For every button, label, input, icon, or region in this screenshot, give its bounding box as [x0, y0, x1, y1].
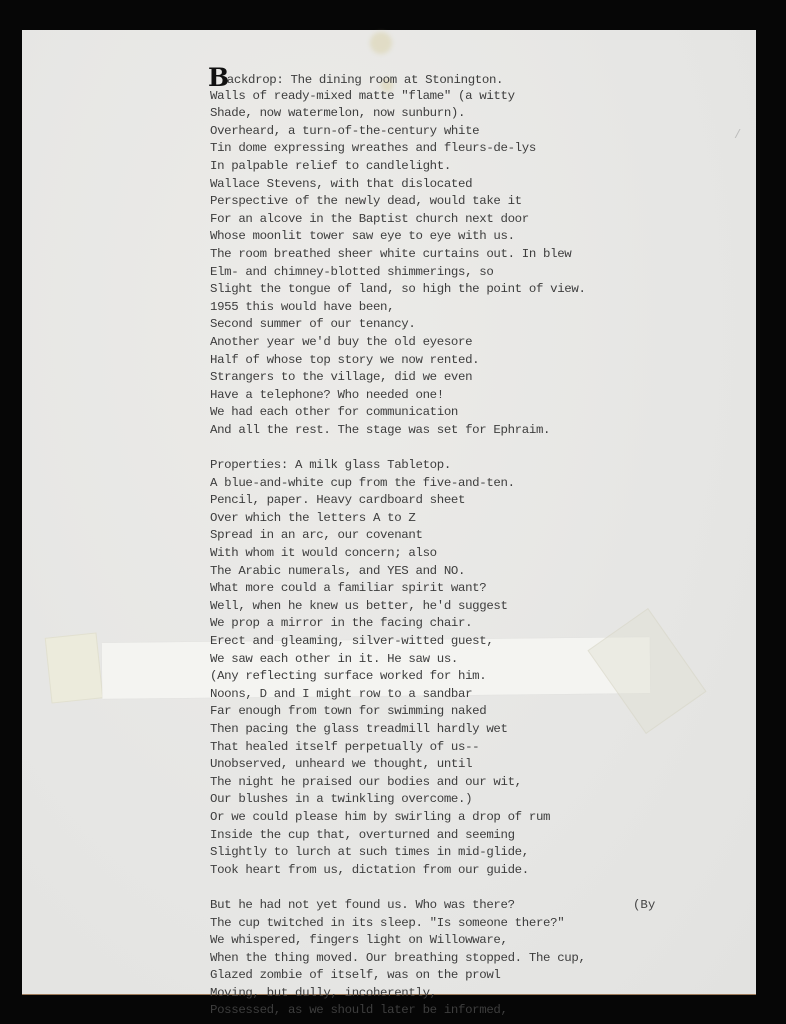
poem-line: Properties: A milk glass Tabletop. — [210, 457, 710, 475]
poem-line: Unobserved, unheard we thought, until — [210, 756, 710, 774]
poem-line: Took heart from us, dictation from our g… — [210, 862, 710, 880]
poem-line: Second summer of our tenancy. — [210, 316, 710, 334]
poem-line: For an alcove in the Baptist church next… — [210, 211, 710, 229]
stanza-break — [210, 879, 710, 897]
poem-line: The Arabic numerals, and YES and NO. — [210, 563, 710, 581]
poem-line: Inside the cup that, overturned and seem… — [210, 827, 710, 845]
handwritten-drop-cap: B — [208, 63, 229, 92]
poem-line: Erect and gleaming, silver-witted guest, — [210, 633, 710, 651]
tape-left — [45, 632, 104, 703]
poem-line: Moving, but dully, incoherently, — [210, 985, 710, 1003]
poem-line: 1955 this would have been, — [210, 299, 710, 317]
poem-line: Spread in an arc, our covenant — [210, 527, 710, 545]
poem-line: Another year we'd buy the old eyesore — [210, 334, 710, 352]
poem-line: Walls of ready-mixed matte "flame" (a wi… — [210, 88, 710, 106]
poem-line: Slightly to lurch at such times in mid-g… — [210, 844, 710, 862]
typed-poem-text: Backdrop: The dining room at Stonington.… — [210, 70, 710, 1020]
poem-line: The room breathed sheer white curtains o… — [210, 246, 710, 264]
poem-line: We saw each other in it. He saw us. — [210, 651, 710, 669]
poem-line: And all the rest. The stage was set for … — [210, 422, 710, 440]
poem-line: Noons, D and I might row to a sandbar — [210, 686, 710, 704]
poem-line: Whose moonlit tower saw eye to eye with … — [210, 228, 710, 246]
poem-line: Over which the letters A to Z — [210, 510, 710, 528]
poem-line: In palpable relief to candlelight. — [210, 158, 710, 176]
poem-line: Elm- and chimney-blotted shimmerings, so — [210, 264, 710, 282]
poem-line: The night he praised our bodies and our … — [210, 774, 710, 792]
poem-line: Our blushes in a twinkling overcome.) — [210, 791, 710, 809]
poem-line: Pencil, paper. Heavy cardboard sheet — [210, 492, 710, 510]
poem-line: Slight the tongue of land, so high the p… — [210, 281, 710, 299]
poem-line: Wallace Stevens, with that dislocated — [210, 176, 710, 194]
pencil-tick-mark: / — [734, 128, 741, 142]
poem-line: Possessed, as we should later be informe… — [210, 1002, 710, 1020]
poem-line: Overheard, a turn-of-the-century white — [210, 123, 710, 141]
poem-line: Shade, now watermelon, now sunburn). — [210, 105, 710, 123]
poem-line: Well, when he knew us better, he'd sugge… — [210, 598, 710, 616]
poem-line: When the thing moved. Our breathing stop… — [210, 950, 710, 968]
poem-line: (Any reflecting surface worked for him. — [210, 668, 710, 686]
poem-line: Or we could please him by swirling a dro… — [210, 809, 710, 827]
poem-line: Then pacing the glass treadmill hardly w… — [210, 721, 710, 739]
poem-line: That healed itself perpetually of us-- — [210, 739, 710, 757]
stanza-break — [210, 439, 710, 457]
poem-line: We prop a mirror in the facing chair. — [210, 615, 710, 633]
poem-line: With whom it would concern; also — [210, 545, 710, 563]
catchword: (By — [633, 898, 655, 912]
poem-line: Glazed zombie of itself, was on the prow… — [210, 967, 710, 985]
poem-line: A blue-and-white cup from the five-and-t… — [210, 475, 710, 493]
poem-line: Have a telephone? Who needed one! — [210, 387, 710, 405]
poem-line: Far enough from town for swimming naked — [210, 703, 710, 721]
paper-stain — [370, 32, 392, 54]
poem-line: Backdrop: The dining room at Stonington. — [210, 70, 710, 88]
poem-line: Strangers to the village, did we even — [210, 369, 710, 387]
poem-line: We whispered, fingers light on Willowwar… — [210, 932, 710, 950]
poem-line: We had each other for communication — [210, 404, 710, 422]
poem-line: The cup twitched in its sleep. "Is someo… — [210, 915, 710, 933]
poem-line: Half of whose top story we now rented. — [210, 352, 710, 370]
poem-line: What more could a familiar spirit want? — [210, 580, 710, 598]
poem-line: Perspective of the newly dead, would tak… — [210, 193, 710, 211]
poem-line: Tin dome expressing wreathes and fleurs-… — [210, 140, 710, 158]
